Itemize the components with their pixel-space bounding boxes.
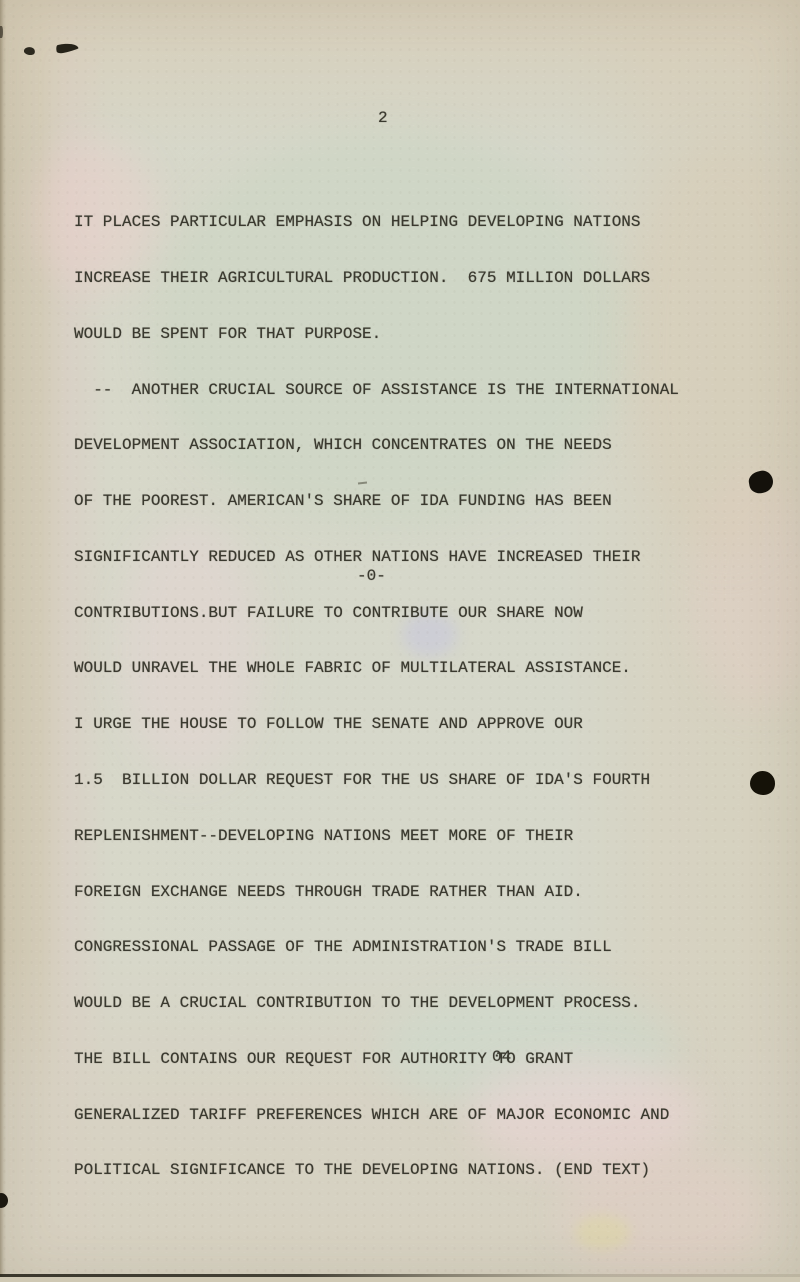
body-line: I URGE THE HOUSE TO FOLLOW THE SENATE AN… (74, 715, 679, 734)
body-line: CONTRIBUTIONS.BUT FAILURE TO CONTRIBUTE … (74, 604, 679, 623)
body-line: CONGRESSIONAL PASSAGE OF THE ADMINISTRAT… (74, 938, 679, 957)
paper-left-edge-shadow (0, 0, 6, 1282)
body-line: POLITICAL SIGNIFICANCE TO THE DEVELOPING… (74, 1161, 679, 1180)
body-line: FOREIGN EXCHANGE NEEDS THROUGH TRADE RAT… (74, 883, 679, 902)
body-text: IT PLACES PARTICULAR EMPHASIS ON HELPING… (74, 176, 679, 1217)
end-separator: -0- (357, 567, 386, 586)
body-line: SIGNIFICANTLY REDUCED AS OTHER NATIONS H… (74, 548, 679, 567)
scanned-document-page: 2 IT PLACES PARTICULAR EMPHASIS ON HELPI… (0, 0, 800, 1282)
body-line: GENERALIZED TARIFF PREFERENCES WHICH ARE… (74, 1106, 679, 1125)
body-line: WOULD UNRAVEL THE WHOLE FABRIC OF MULTIL… (74, 659, 679, 678)
punch-hole-dot-bottom (750, 771, 775, 795)
body-line: 1.5 BILLION DOLLAR REQUEST FOR THE US SH… (74, 771, 679, 790)
page-number-bottom: 04 (492, 1048, 511, 1067)
body-line: WOULD BE SPENT FOR THAT PURPOSE. (74, 325, 679, 344)
page-number-top: 2 (378, 109, 388, 128)
body-line: THE BILL CONTAINS OUR REQUEST FOR AUTHOR… (74, 1050, 679, 1069)
body-line: IT PLACES PARTICULAR EMPHASIS ON HELPING… (74, 213, 679, 232)
edge-ink-tick (0, 26, 3, 38)
body-line: WOULD BE A CRUCIAL CONTRIBUTION TO THE D… (74, 994, 679, 1013)
body-line: -- ANOTHER CRUCIAL SOURCE OF ASSISTANCE … (74, 381, 679, 400)
body-line: OF THE POOREST. AMERICAN'S SHARE OF IDA … (74, 492, 679, 511)
paper-bottom-strip (0, 1277, 800, 1282)
body-line: INCREASE THEIR AGRICULTURAL PRODUCTION. … (74, 269, 679, 288)
body-line: REPLENISHMENT--DEVELOPING NATIONS MEET M… (74, 827, 679, 846)
body-line: DEVELOPMENT ASSOCIATION, WHICH CONCENTRA… (74, 436, 679, 455)
